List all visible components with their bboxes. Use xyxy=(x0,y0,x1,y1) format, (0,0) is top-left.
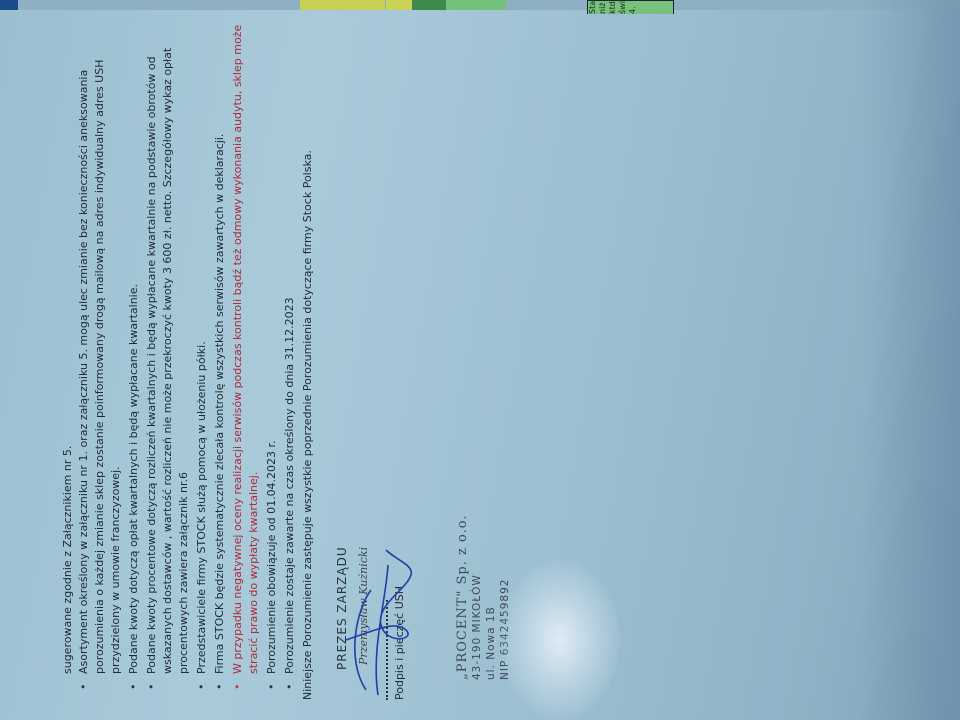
stamp-company: „PROCENT" Sp. z o.o. xyxy=(456,515,470,680)
underlying-yellow-cell xyxy=(300,0,385,10)
closing-statement: Niniejsze Porozumienie zastępuje wszystk… xyxy=(300,20,316,700)
list-item: Porozumienie zostaje zawarte na czas okr… xyxy=(282,20,298,700)
list-item: Podane kwoty dotyczą opłat kwartalnych i… xyxy=(126,20,142,700)
stamp-address-city: 43-190 MIKOŁÓW xyxy=(470,515,484,680)
list-item: Przedstawiciele firmy STOCK służą pomocą… xyxy=(194,20,210,700)
intro-continuation: sugerowane zgodnie z Załącznikiem nr 5. xyxy=(60,20,76,700)
underlying-green-cell xyxy=(412,0,446,10)
photo-shadow xyxy=(860,0,960,720)
underlying-blue-strip xyxy=(0,0,18,10)
light-glare xyxy=(500,560,620,720)
terms-list: Asortyment określony w załączniku nr 1. … xyxy=(76,20,298,700)
list-item-warning: W przypadku negatywnej oceny realizacji … xyxy=(230,20,262,700)
signature-block: PREZES ZARZĄDU Przemysław Kuźnicki Podpi… xyxy=(326,20,506,700)
list-item: Firma STOCK będzie systematycznie zlecał… xyxy=(212,20,228,700)
list-item: Podane kwoty procentowe dotyczą rozlicze… xyxy=(144,20,192,700)
list-item: Asortyment określony w załączniku nr 1. … xyxy=(76,20,124,700)
handwritten-signature xyxy=(326,500,436,700)
stamp-address-street: ul. Nowa 1B xyxy=(484,515,498,680)
list-item: Porozumienie obowiązuje od 01.04.2023 r. xyxy=(264,20,280,700)
underlying-yellow-cell-2 xyxy=(386,0,412,10)
underlying-green-cell-2 xyxy=(446,0,506,10)
underlying-green-tab: Stał niż ktd świ 4. xyxy=(587,0,674,14)
